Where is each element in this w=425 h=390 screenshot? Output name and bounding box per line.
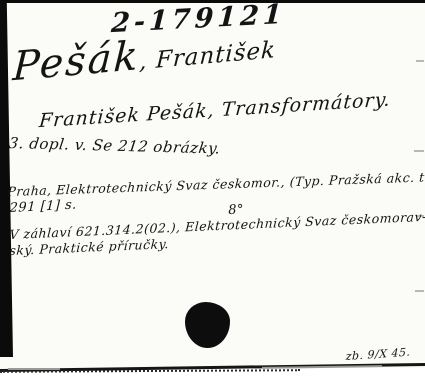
edge-noise-mark: [414, 150, 424, 152]
bottom-right-edge-mark: [262, 365, 382, 369]
format-note: 8°: [228, 202, 244, 218]
edge-noise-mark: [416, 60, 424, 62]
edge-noise-mark: [415, 290, 424, 292]
scanned-catalog-card: 2-179121 Pešák, František František Pešá…: [0, 0, 425, 390]
bottom-left-edge-mark: [8, 368, 60, 370]
